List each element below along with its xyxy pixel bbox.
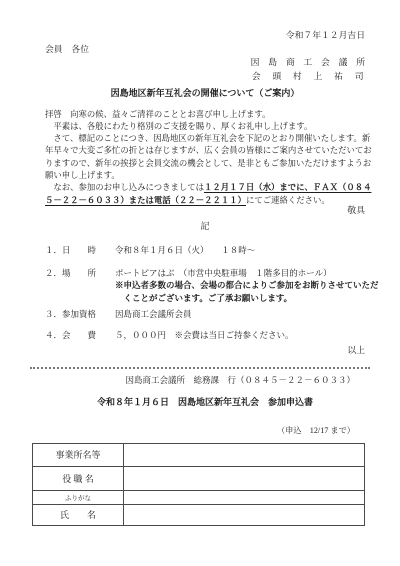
item-row-venue: ２．場 所 ポートピアはぶ （市営中央駐車場 １階多目的ホール） ※申込者多数の… bbox=[45, 267, 365, 304]
addressee: 会員 各位 bbox=[45, 43, 365, 55]
name-row: 氏 名 bbox=[33, 504, 365, 525]
form-title: 令和８年１月６日 因島地区新年互礼会 参加申込書 bbox=[45, 396, 365, 409]
item-row-eligibility: ３．参加資格 因島商工会議所会員 bbox=[45, 308, 365, 320]
letter-line: 平素は、各般にわたり格別のご支援を賜り、厚くお礼申し上げます。 bbox=[45, 121, 365, 133]
fax-recipient-line: 因島商工会議所 総務課 行（０８４５－２２－６０３３） bbox=[45, 374, 365, 386]
furigana-field bbox=[124, 490, 365, 504]
letter-line-text: にてご連絡ください。 bbox=[246, 196, 330, 205]
letter-line: 願い申し上げます。 bbox=[45, 170, 365, 182]
application-form-table: 事業所名等 役 職 名 ふりがな 氏 名 bbox=[32, 443, 365, 526]
letter-line: 拝啓 向寒の候、益々ご清祥のこととお喜び申し上げます。 bbox=[45, 109, 365, 121]
business-name-field bbox=[124, 443, 365, 466]
letter-body: 拝啓 向寒の候、益々ご清祥のこととお喜び申し上げます。 平素は、各般にわたり格別… bbox=[45, 109, 365, 207]
venue-note-line: ※申込者多数の場合、会場の都合によりご参加をお断りさせていただ bbox=[115, 279, 379, 291]
item-content: ５，０００円 ※会費は当日ご持参ください。 bbox=[115, 329, 365, 341]
deadline-emphasis: ５－２２－６０３３）または電話（２２－２２１１） bbox=[45, 196, 246, 205]
document-page: 令和７年１２月吉日 会員 各位 因 島 商 工 会 議 所 会 頭 村 上 祐 … bbox=[0, 0, 400, 566]
item-row-fee: ４．会 費 ５，０００円 ※会費は当日ご持参ください。 bbox=[45, 329, 365, 341]
item-label: ４．会 費 bbox=[45, 329, 115, 341]
furigana-label: ふりがな bbox=[33, 490, 124, 504]
deadline-emphasis: １２月１７日（水）までに、ＦＡＸ（０８４ bbox=[204, 183, 372, 192]
item-content: ポートピアはぶ （市営中央駐車場 １階多目的ホール） ※申込者多数の場合、会場の… bbox=[115, 267, 379, 304]
letter-line: なお、参加のお申し込みにつきましては１２月１７日（水）までに、ＦＡＸ（０８４ bbox=[45, 182, 365, 194]
closing-ijou: 以上 bbox=[45, 344, 365, 356]
letter-line: 年早々で大変ご多忙の折とは存じますが、広く会員の皆様にご案内させていただいてお bbox=[45, 145, 365, 157]
sender-organization: 因 島 商 工 会 議 所 bbox=[45, 56, 365, 68]
letter-line-text: なお、参加のお申し込みにつきましては bbox=[45, 183, 204, 192]
letter-line: りますので、新年の挨拶と会員交流の機会として、是非ともご参加いただけますようお bbox=[45, 158, 365, 170]
item-label: ３．参加資格 bbox=[45, 308, 115, 320]
name-field bbox=[124, 504, 365, 525]
business-name-row: 事業所名等 bbox=[33, 443, 365, 466]
position-row: 役 職 名 bbox=[33, 466, 365, 490]
sender-name: 会 頭 村 上 祐 司 bbox=[45, 70, 365, 82]
letter-title: 因島地区新年互礼会の開催について（ご案内） bbox=[45, 87, 365, 100]
letter-line: さて、標記のことにつき、因島地区の新年互礼会を下記のとおり開催いたします。新 bbox=[45, 133, 365, 145]
name-label: 氏 名 bbox=[33, 504, 124, 525]
position-label: 役 職 名 bbox=[33, 466, 124, 490]
furigana-row: ふりがな bbox=[33, 490, 365, 504]
item-row-datetime: １．日 時 令和８年１月６日（火） １８時～ bbox=[45, 244, 365, 256]
record-marker: 記 bbox=[45, 220, 365, 233]
position-field bbox=[124, 466, 365, 490]
venue-name: ポートピアはぶ （市営中央駐車場 １階多目的ホール） bbox=[115, 268, 332, 278]
item-content: 令和８年１月６日（火） １８時～ bbox=[115, 244, 365, 256]
venue-note-line: くことがございます。ご了承お願いします。 bbox=[115, 292, 379, 304]
form-deadline-note: （申込 12/17 まで） bbox=[45, 425, 365, 436]
issue-date: 令和７年１２月吉日 bbox=[45, 29, 365, 41]
item-label: １．日 時 bbox=[45, 244, 115, 256]
business-name-label: 事業所名等 bbox=[33, 443, 124, 466]
dotted-separator bbox=[30, 367, 370, 369]
item-label: ２．場 所 bbox=[45, 267, 115, 304]
letter-line: ５－２２－６０３３）または電話（２２－２２１１）にてご連絡ください。 bbox=[45, 195, 365, 207]
item-content: 因島商工会議所会員 bbox=[115, 308, 365, 320]
